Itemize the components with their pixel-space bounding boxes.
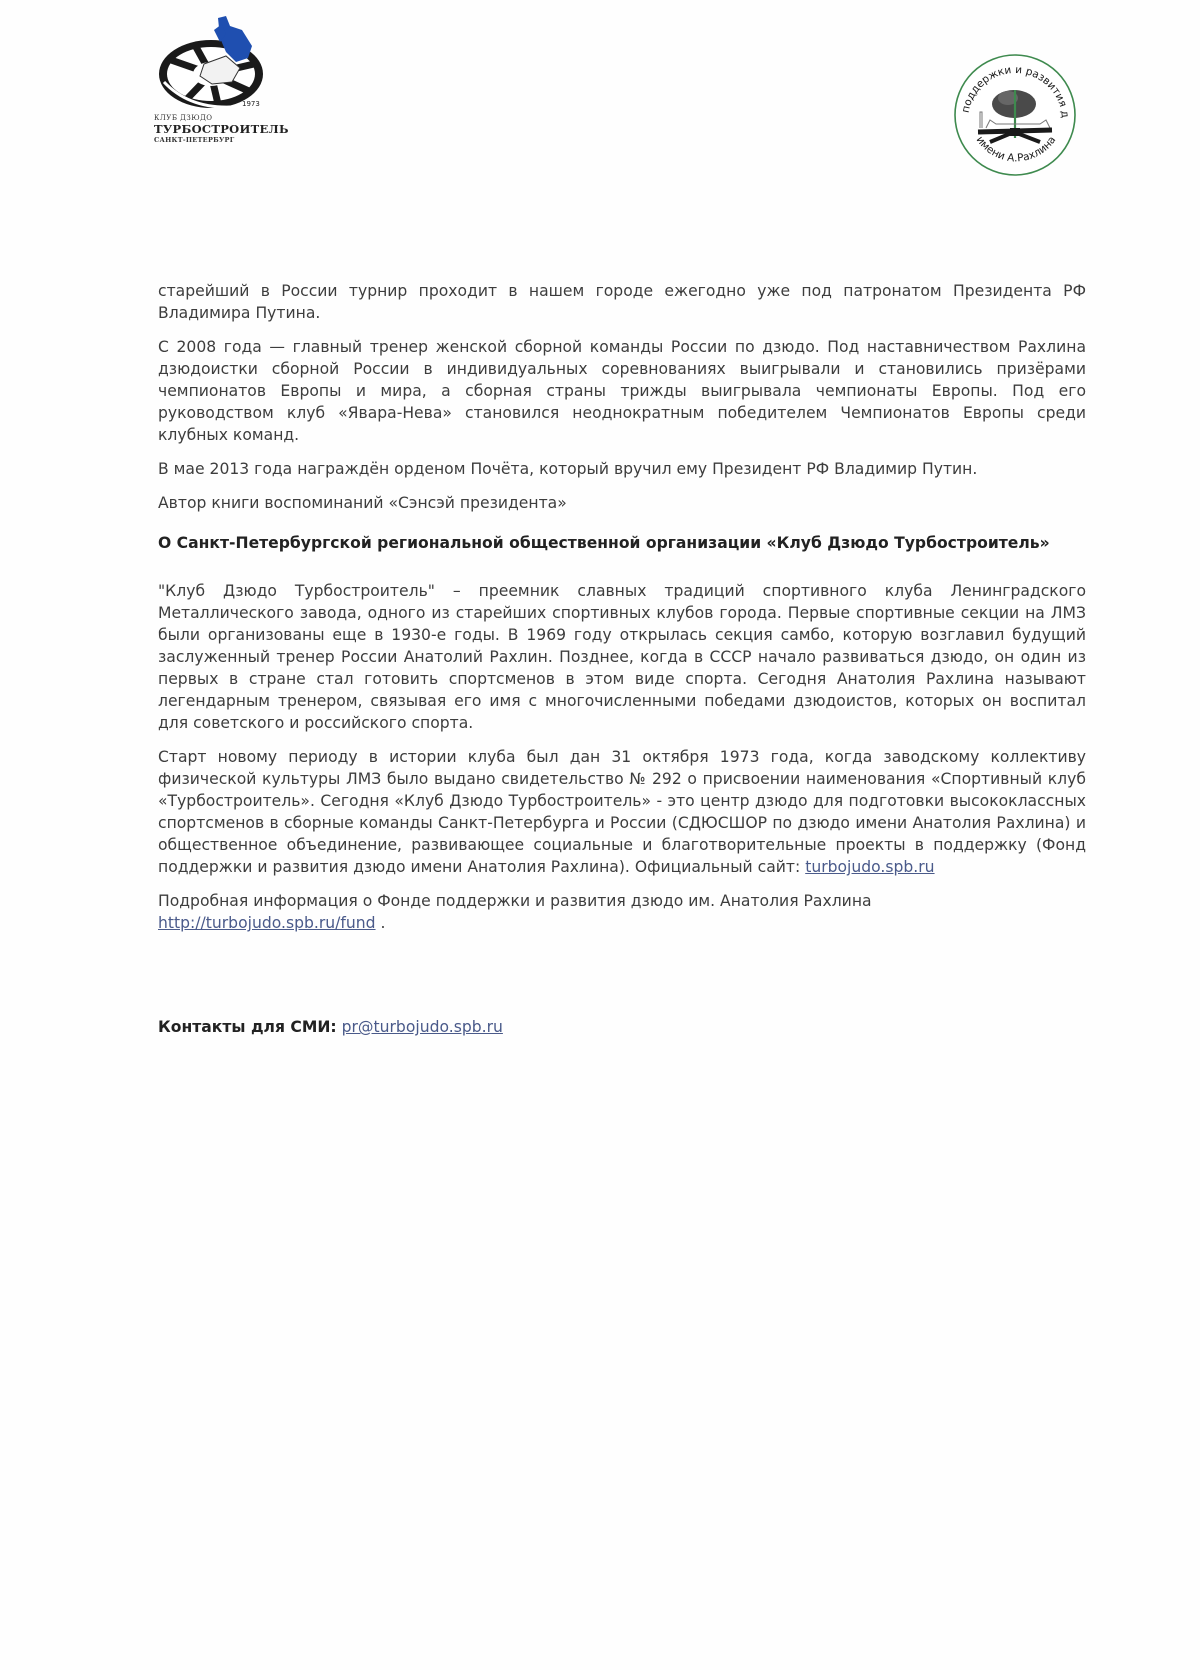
fund-link[interactable]: http://turbojudo.spb.ru/fund — [158, 914, 376, 932]
official-site-link[interactable]: turbojudo.spb.ru — [805, 858, 934, 876]
paragraph-book: Автор книги воспоминаний «Сэнсэй президе… — [158, 492, 1086, 514]
paragraph-club-history: "Клуб Дзюдо Турбостроитель" – преемник с… — [158, 580, 1086, 734]
fund-info-text: Подробная информация о Фонде поддержки и… — [158, 892, 872, 910]
fund-link-suffix: . — [376, 914, 386, 932]
paragraph-new-period: Старт новому периоду в истории клуба был… — [158, 746, 1086, 878]
contacts-label: Контакты для СМИ: — [158, 1018, 337, 1036]
judo-club-logo-icon: 1973 — [156, 12, 274, 112]
document-body: старейший в России турнир проходит в наш… — [158, 280, 1086, 946]
document-page: 1973 КЛУБ ДЗЮДО ТУРБОСТРОИТЕЛЬ САНКТ-ПЕТ… — [0, 0, 1200, 1670]
club-logo-name: ТУРБОСТРОИТЕЛЬ — [154, 122, 290, 136]
paragraph-coach: С 2008 года — главный тренер женской сбо… — [158, 336, 1086, 446]
paragraph-award: В мае 2013 года награждён орденом Почёта… — [158, 458, 1086, 480]
press-contacts: Контакты для СМИ: pr@turbojudo.spb.ru — [158, 1018, 503, 1036]
club-logo-city: САНКТ-ПЕТЕРБУРГ — [154, 136, 290, 144]
club-logo-line1: КЛУБ ДЗЮДО — [154, 114, 290, 122]
contacts-email-link[interactable]: pr@turbojudo.spb.ru — [342, 1018, 503, 1036]
club-logo: 1973 КЛУБ ДЗЮДО ТУРБОСТРОИТЕЛЬ САНКТ-ПЕТ… — [150, 12, 290, 144]
paragraph-tournament: старейший в России турнир проходит в наш… — [158, 280, 1086, 324]
fund-logo: Фонд поддержки и развития дзюдо имени А.… — [950, 50, 1080, 180]
paragraph-fund-info: Подробная информация о Фонде поддержки и… — [158, 890, 1086, 934]
svg-text:1973: 1973 — [242, 100, 260, 108]
new-period-text: Старт новому периоду в истории клуба был… — [158, 748, 1086, 876]
fund-tree-belt-logo-icon: Фонд поддержки и развития дзюдо имени А.… — [950, 50, 1080, 180]
section-heading: О Санкт-Петербургской региональной общес… — [158, 532, 1086, 554]
